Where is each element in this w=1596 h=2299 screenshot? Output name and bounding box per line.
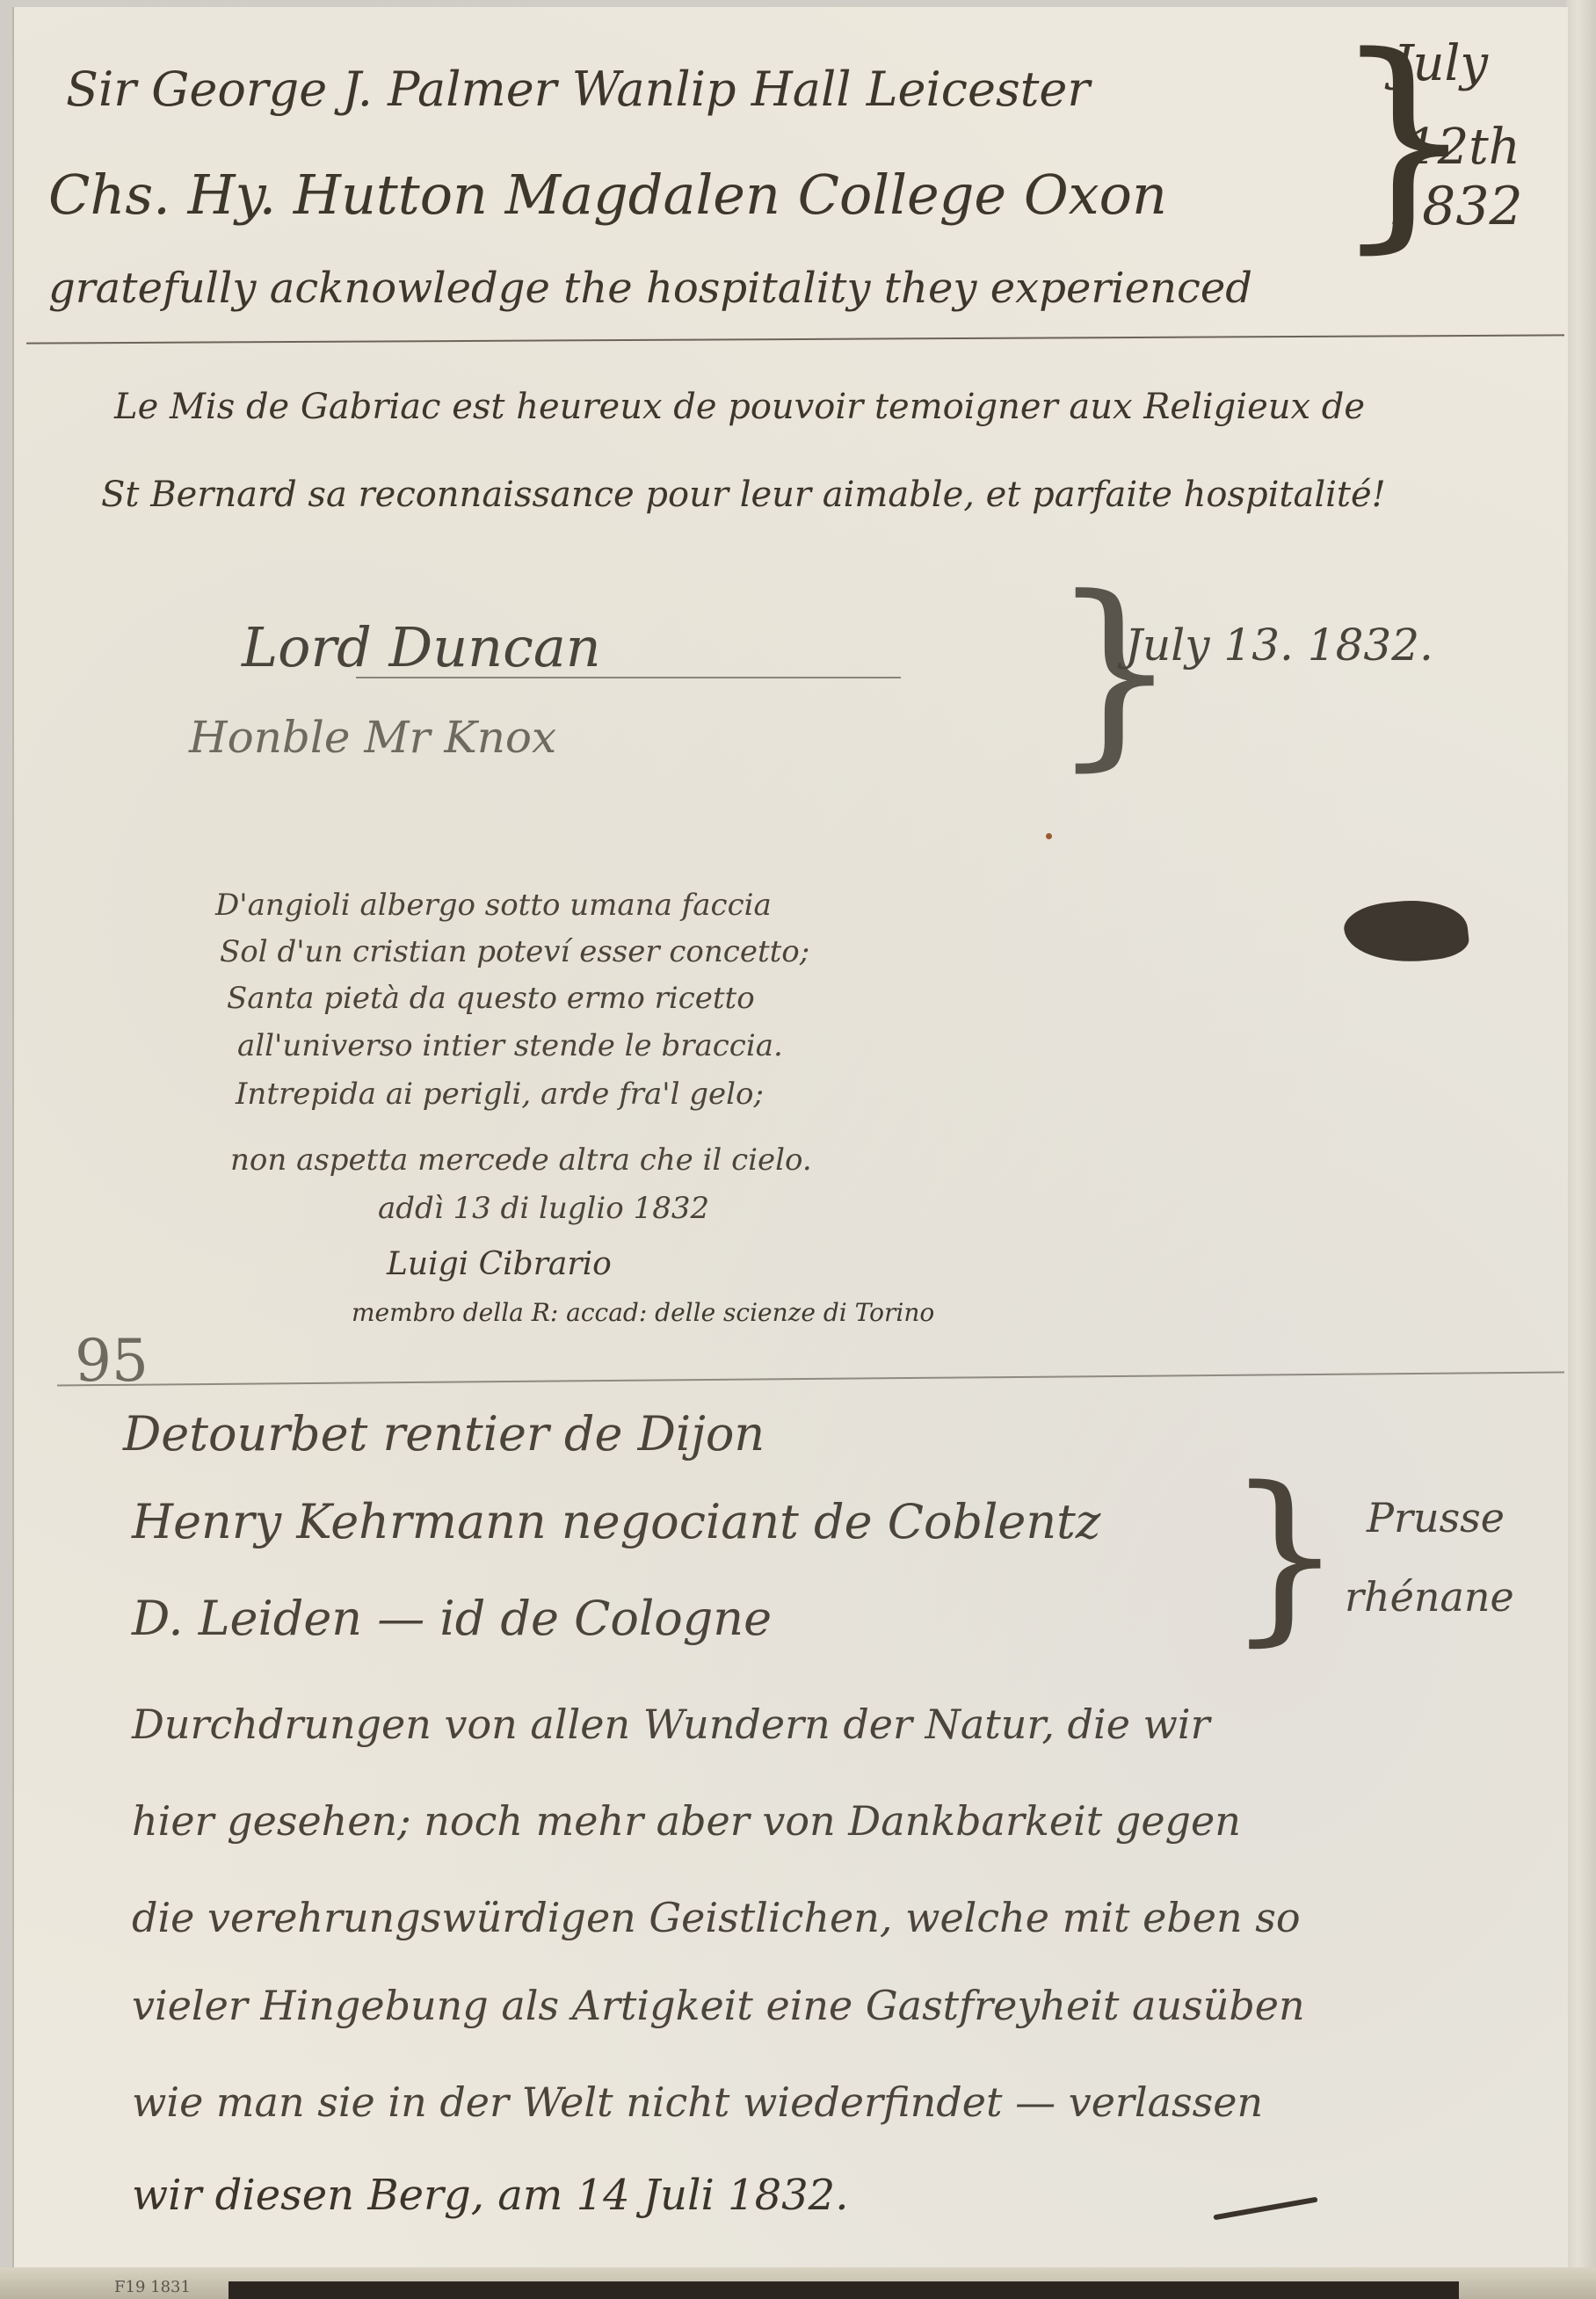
- entry1-date-day: 12th: [1406, 119, 1520, 176]
- entry1-date-year: 1832: [1389, 176, 1523, 237]
- entry5-line2: Henry Kehrmann negociant de Coblentz: [132, 1494, 1100, 1549]
- entry5-line3: D. Leiden — id de Cologne: [132, 1591, 772, 1646]
- footer-mark: F19 1831: [114, 2278, 191, 2296]
- book-spine-edge: [1566, 0, 1596, 2299]
- entry2-line1: Le Mis de Gabriac est heureux de pouvoir…: [114, 387, 1365, 427]
- german-line-3: die verehrungswürdigen Geistlichen, welc…: [132, 1894, 1301, 1941]
- poem-signer-title: membro della R: accad: delle scienze di …: [352, 1298, 934, 1327]
- german-line-1: Durchdrungen von allen Wundern der Natur…: [132, 1701, 1210, 1748]
- german-line-2: hier gesehen; noch mehr aber von Dankbar…: [132, 1797, 1241, 1845]
- poem-date: addì 13 di luglio 1832: [378, 1191, 709, 1226]
- entry5-region-1: Prusse: [1367, 1494, 1505, 1541]
- entry2-line2: St Bernard sa reconnaissance pour leur a…: [101, 475, 1386, 515]
- poem-line-5: Intrepida ai perigli, arde fra'l gelo;: [236, 1077, 764, 1112]
- entry5-region-2: rhénane: [1345, 1573, 1514, 1621]
- entry1-line1: Sir George J. Palmer Wanlip Hall Leicest…: [66, 62, 1090, 117]
- poem-line-1: D'angioli albergo sotto umana faccia: [215, 888, 772, 923]
- entry3-line2: Honble Mr Knox: [189, 712, 556, 763]
- entry5-brace: }: [1226, 1463, 1344, 1648]
- german-line-6: wir diesen Berg, am 14 Juli 1832.: [132, 2171, 848, 2220]
- entry1-line2: Chs. Hy. Hutton Magdalen College Oxon: [48, 163, 1167, 227]
- poem-line-2: Sol d'un cristian poteví esser concetto;: [220, 934, 809, 969]
- poem-line-3: Santa pietà da questo ermo ricetto: [227, 981, 755, 1016]
- entry1-line3: gratefully acknowledge the hospitality t…: [48, 264, 1252, 313]
- entry3-line1: Lord Duncan: [242, 615, 601, 679]
- german-line-4: vieler Hingebung als Artigkeit eine Gast…: [132, 1982, 1305, 2029]
- entry1-date-month: July: [1393, 35, 1488, 92]
- german-line-5: wie man sie in der Welt nicht wiederfind…: [132, 2078, 1263, 2126]
- entry3-brace: }: [1050, 571, 1179, 773]
- poem-line-6: non aspetta mercede altra che il cielo.: [230, 1142, 812, 1178]
- entry5-line1: Detourbet rentier de Dijon: [123, 1406, 765, 1461]
- poem-line-4: all'universo intier stende le braccia.: [237, 1028, 783, 1063]
- ink-speck: [1046, 833, 1052, 839]
- binding-shadow: [229, 2281, 1459, 2299]
- poem-signature: Luigi Cibrario: [387, 1246, 612, 1282]
- flourish-underline: [356, 677, 901, 678]
- entry3-date: July 13. 1832.: [1125, 620, 1433, 671]
